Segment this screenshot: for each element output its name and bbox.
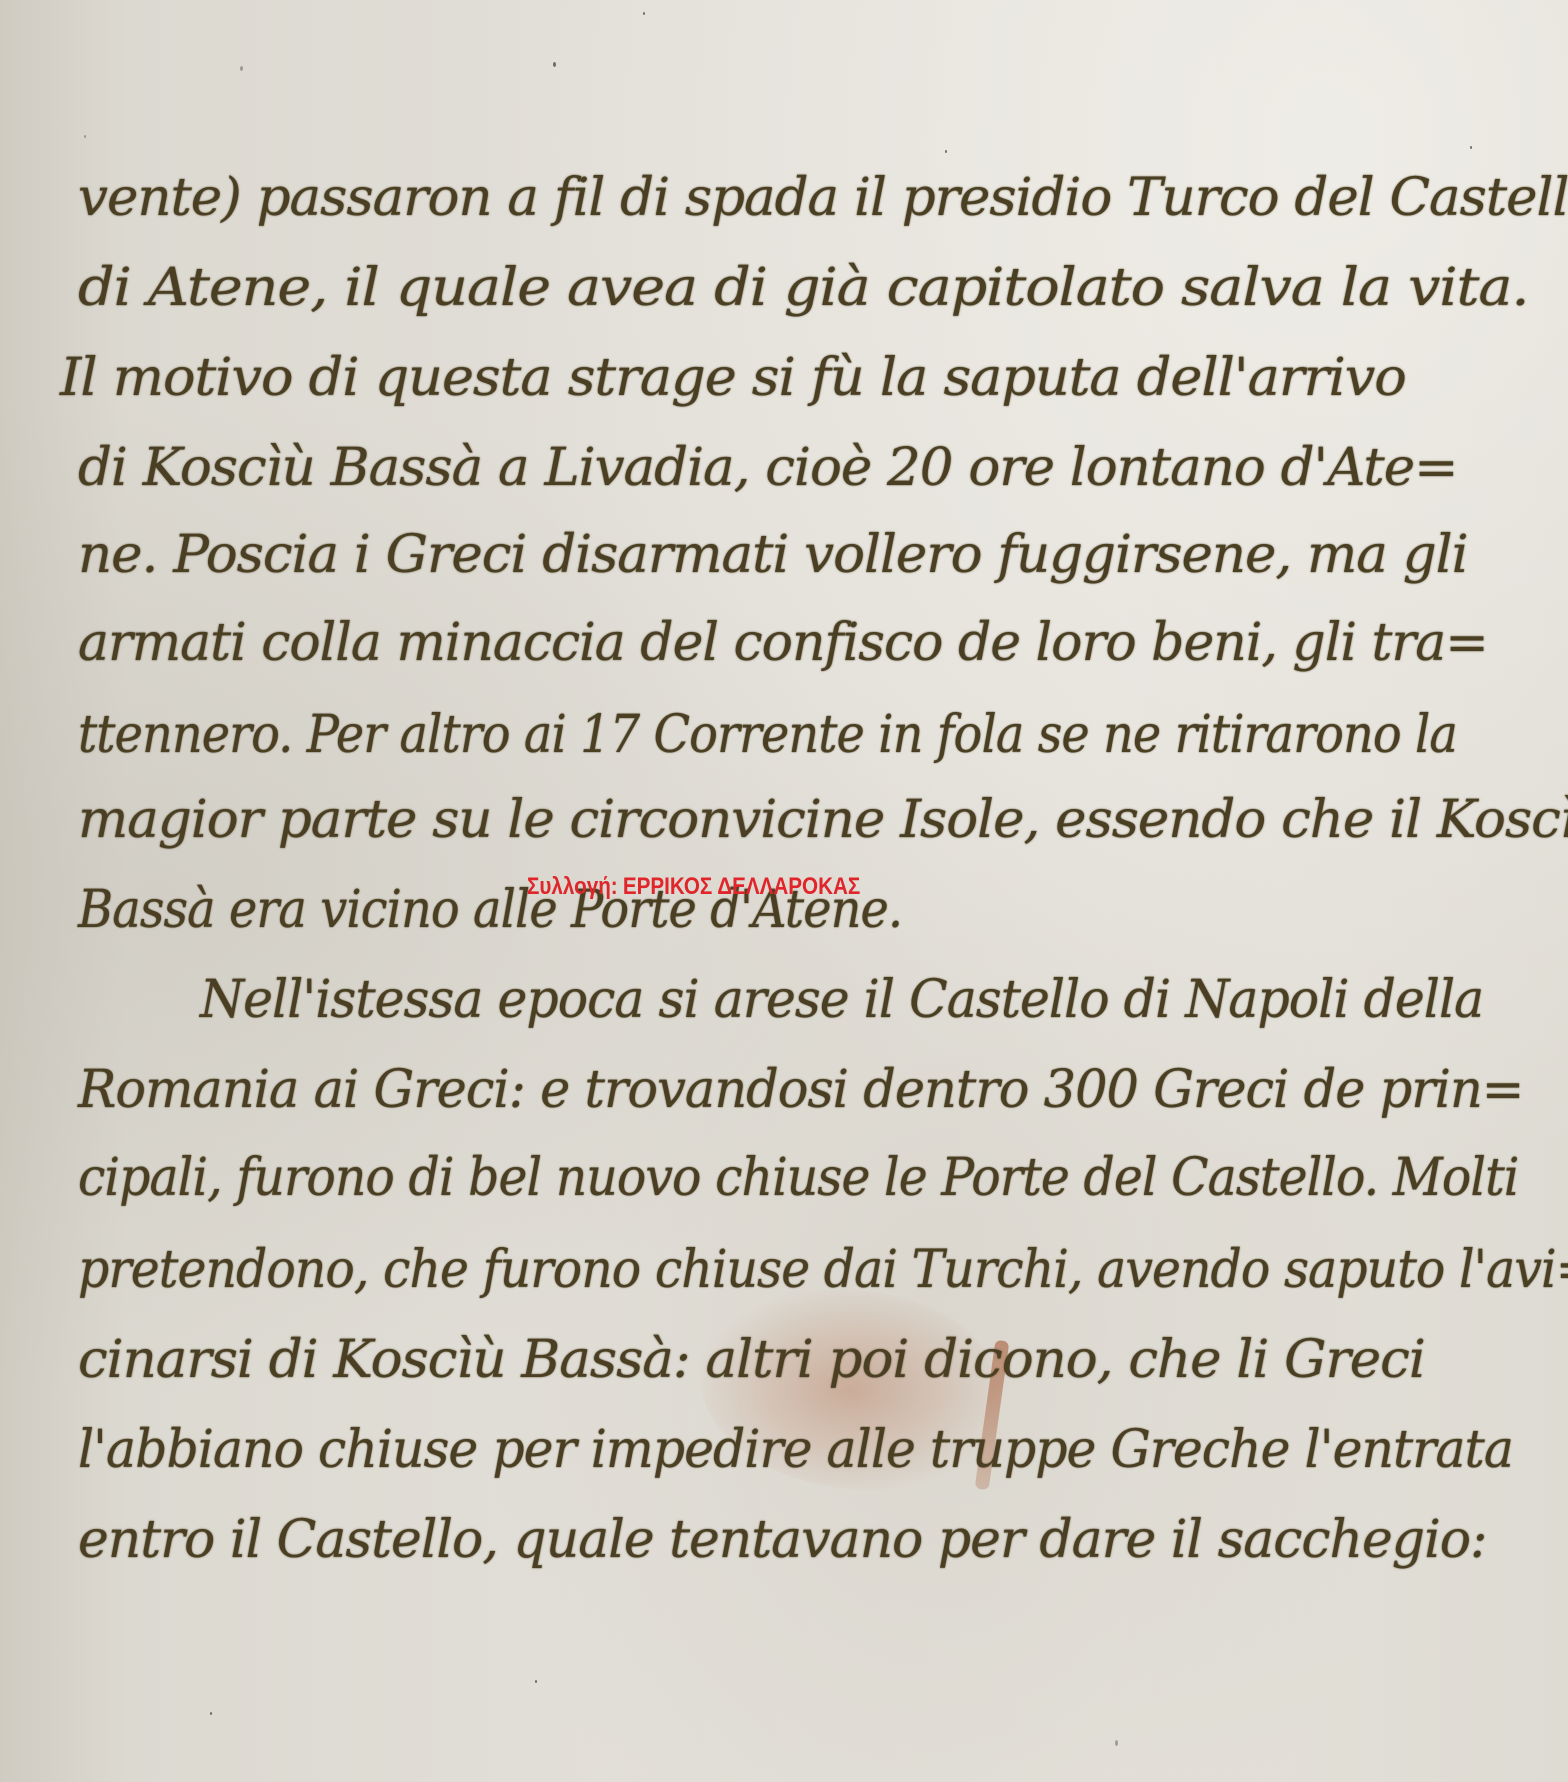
watermark-label: Συλλογή:: [527, 873, 618, 900]
collection-watermark: Συλλογή:ΕΡΡΙΚΟΣ ΔΕΛΛΑΡΟΚΑΣ: [527, 873, 860, 901]
text-line: armati colla minaccia del confisco de lo…: [78, 613, 1488, 673]
text-line: Il motivo di questa strage si fù la sapu…: [60, 348, 1406, 408]
text-line: cinarsi di Koscìù Bassà: altri poi dicon…: [78, 1330, 1425, 1390]
text-line: ttennero. Per altro ai 17 Corrente in fo…: [78, 705, 1457, 765]
text-line: pretendono, che furono chiuse dai Turchi…: [78, 1240, 1568, 1300]
text-line: Nell'istessa epoca si arese il Castello …: [200, 970, 1483, 1030]
manuscript-page: vente) passaron a fil di spada il presid…: [0, 0, 1568, 1782]
text-line: di Koscìù Bassà a Livadia, cioè 20 ore l…: [78, 438, 1458, 498]
text-line: l'abbiano chiuse per impedire alle trupp…: [78, 1420, 1513, 1480]
watermark-name: ΕΡΡΙΚΟΣ ΔΕΛΛΑΡΟΚΑΣ: [623, 873, 860, 900]
text-line: di Atene, il quale avea di già capitolat…: [78, 258, 1528, 318]
text-line: magior parte su le circonvicine Isole, e…: [78, 790, 1568, 850]
text-line: ne. Poscia i Greci disarmati vollero fug…: [78, 525, 1468, 585]
text-line: entro il Castello, quale tentavano per d…: [78, 1510, 1487, 1570]
text-line: Romania ai Greci: e trovandosi dentro 30…: [78, 1060, 1524, 1120]
text-line: cipali, furono di bel nuovo chiuse le Po…: [78, 1148, 1519, 1208]
text-line: vente) passaron a fil di spada il presid…: [78, 168, 1568, 228]
